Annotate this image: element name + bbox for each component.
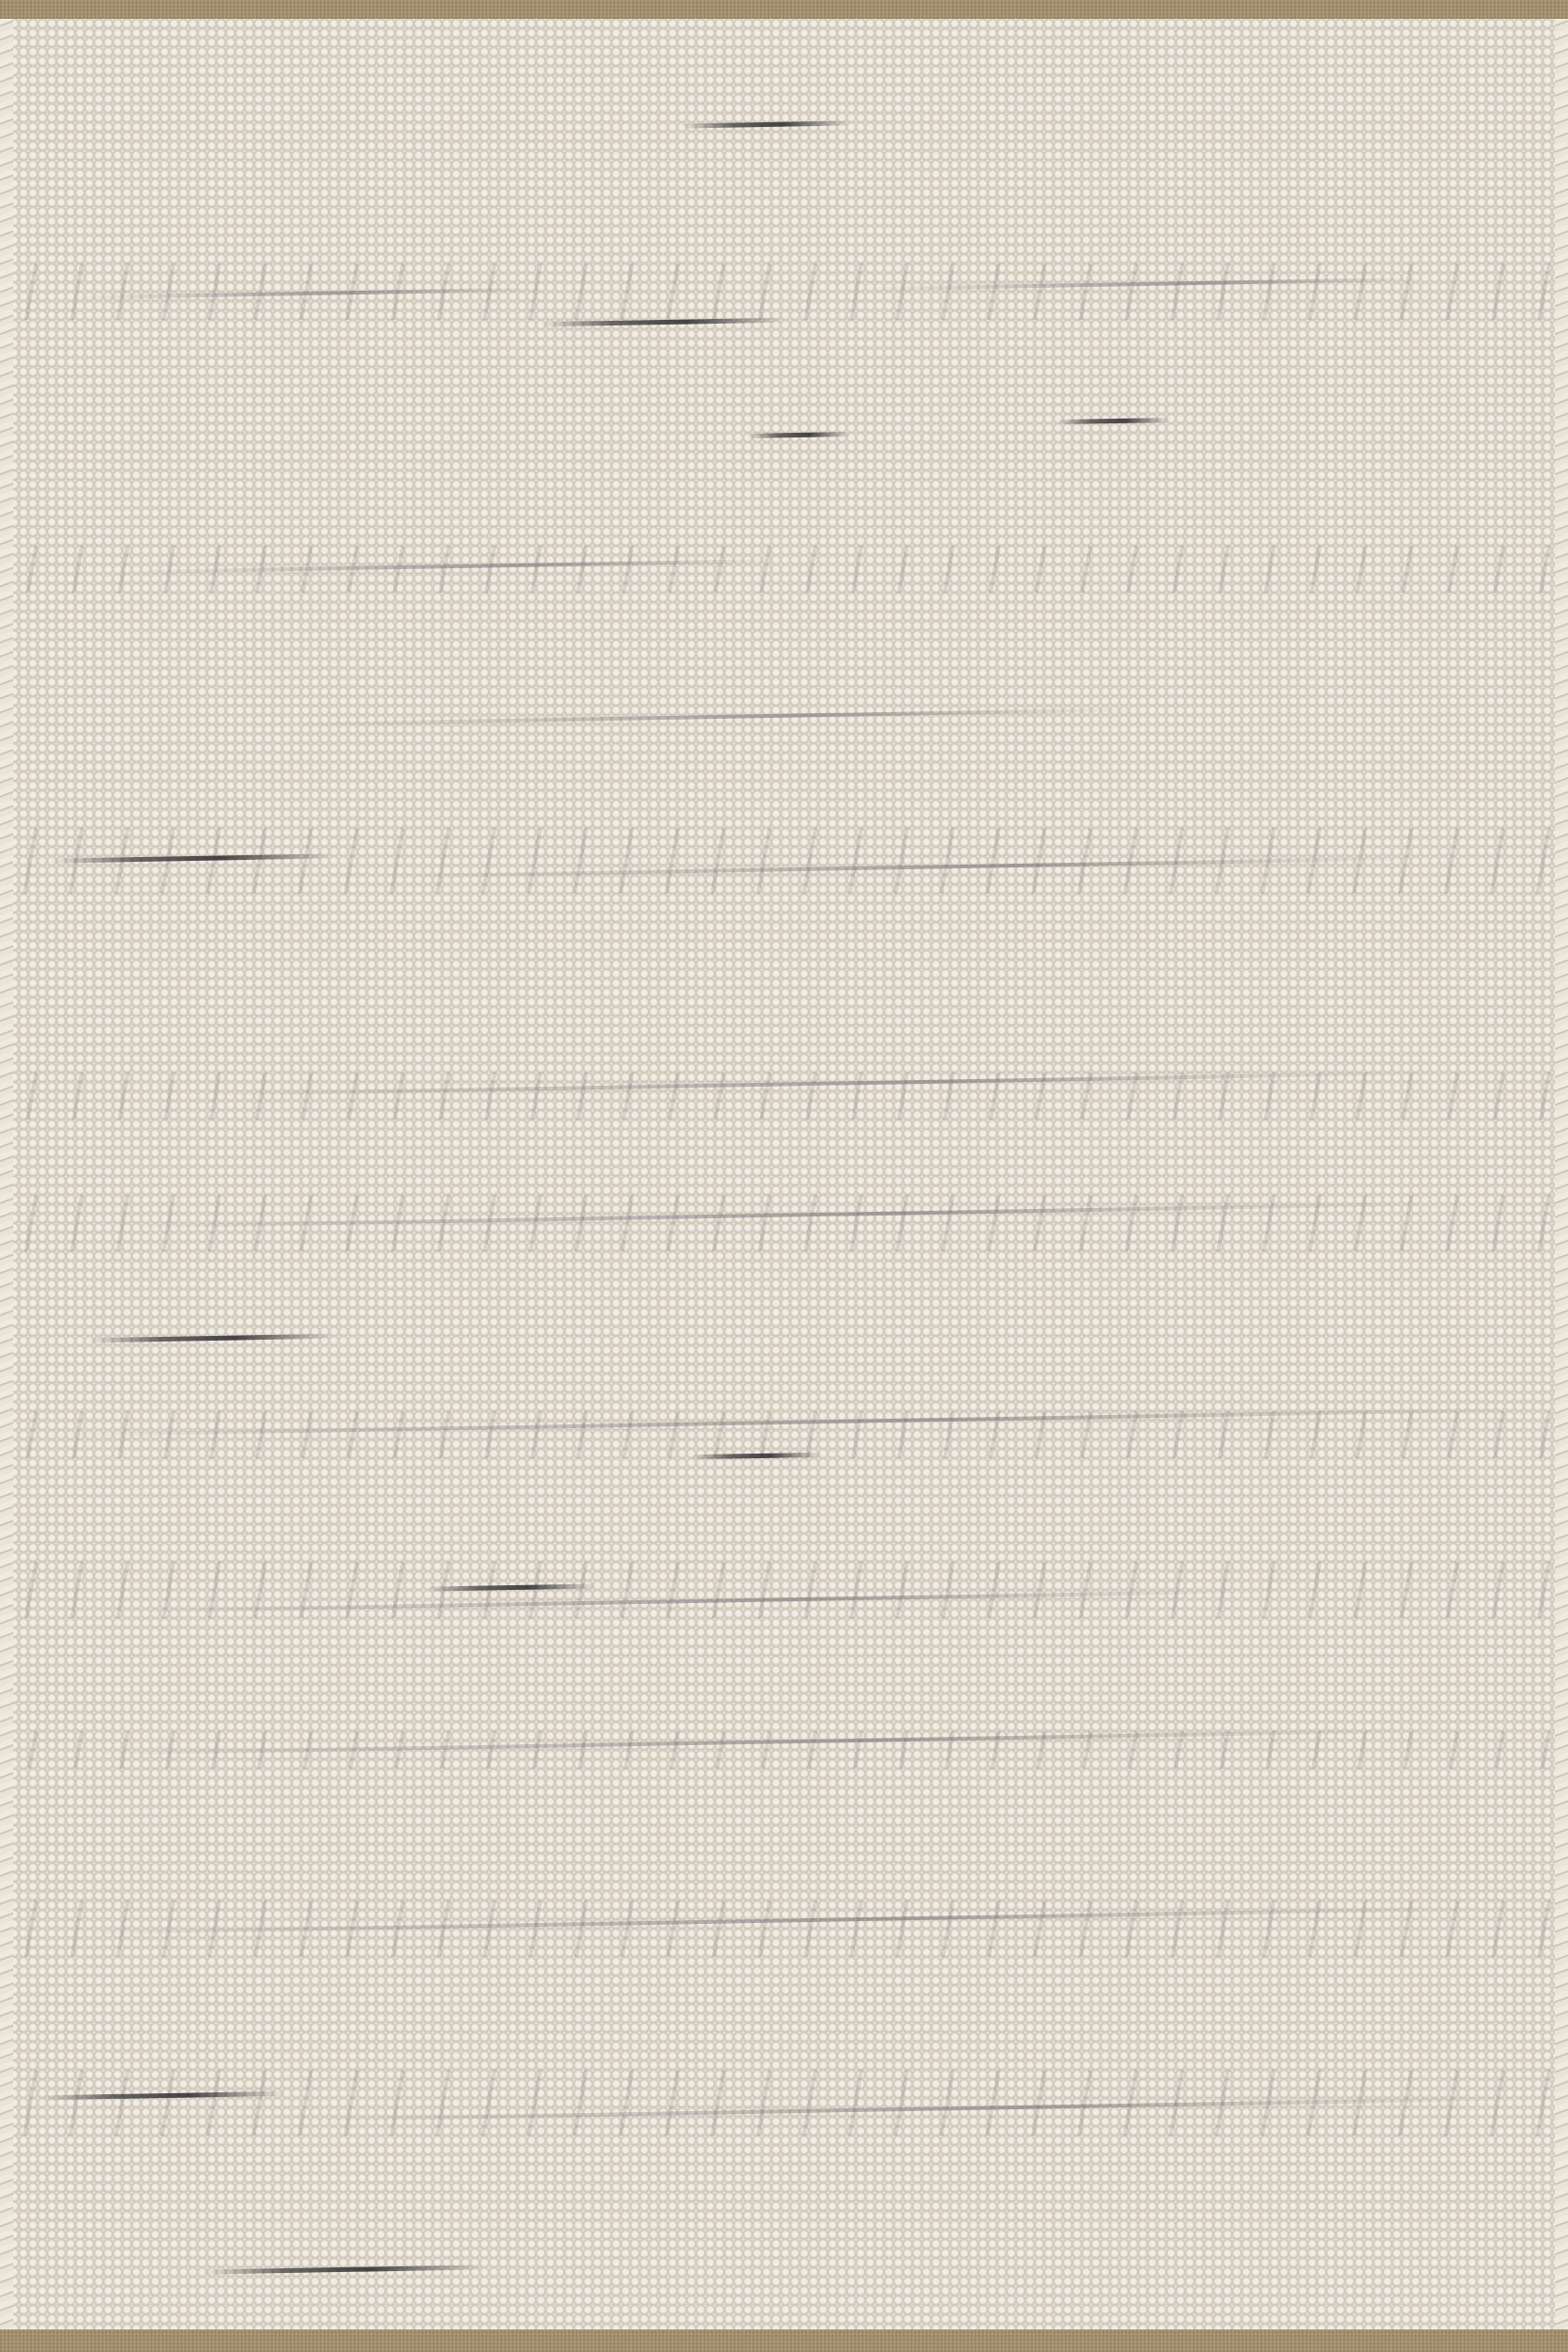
streak-band: [13, 263, 1555, 320]
streak: [1057, 418, 1170, 424]
streak: [681, 120, 850, 128]
top-binding: [0, 0, 1568, 19]
streak: [690, 1453, 822, 1459]
streak: [295, 707, 1142, 726]
streak-band: [13, 1073, 1555, 1120]
bottom-binding: [0, 2329, 1568, 2352]
rug-photo: [0, 0, 1568, 2352]
left-selvage-edge: [0, 19, 13, 2329]
right-selvage-edge: [1555, 19, 1568, 2329]
streak: [88, 1334, 333, 1343]
streak-band: [13, 1411, 1555, 1458]
streak: [201, 2265, 483, 2274]
streak: [747, 432, 850, 438]
rug-streak-pattern: [13, 19, 1555, 2329]
